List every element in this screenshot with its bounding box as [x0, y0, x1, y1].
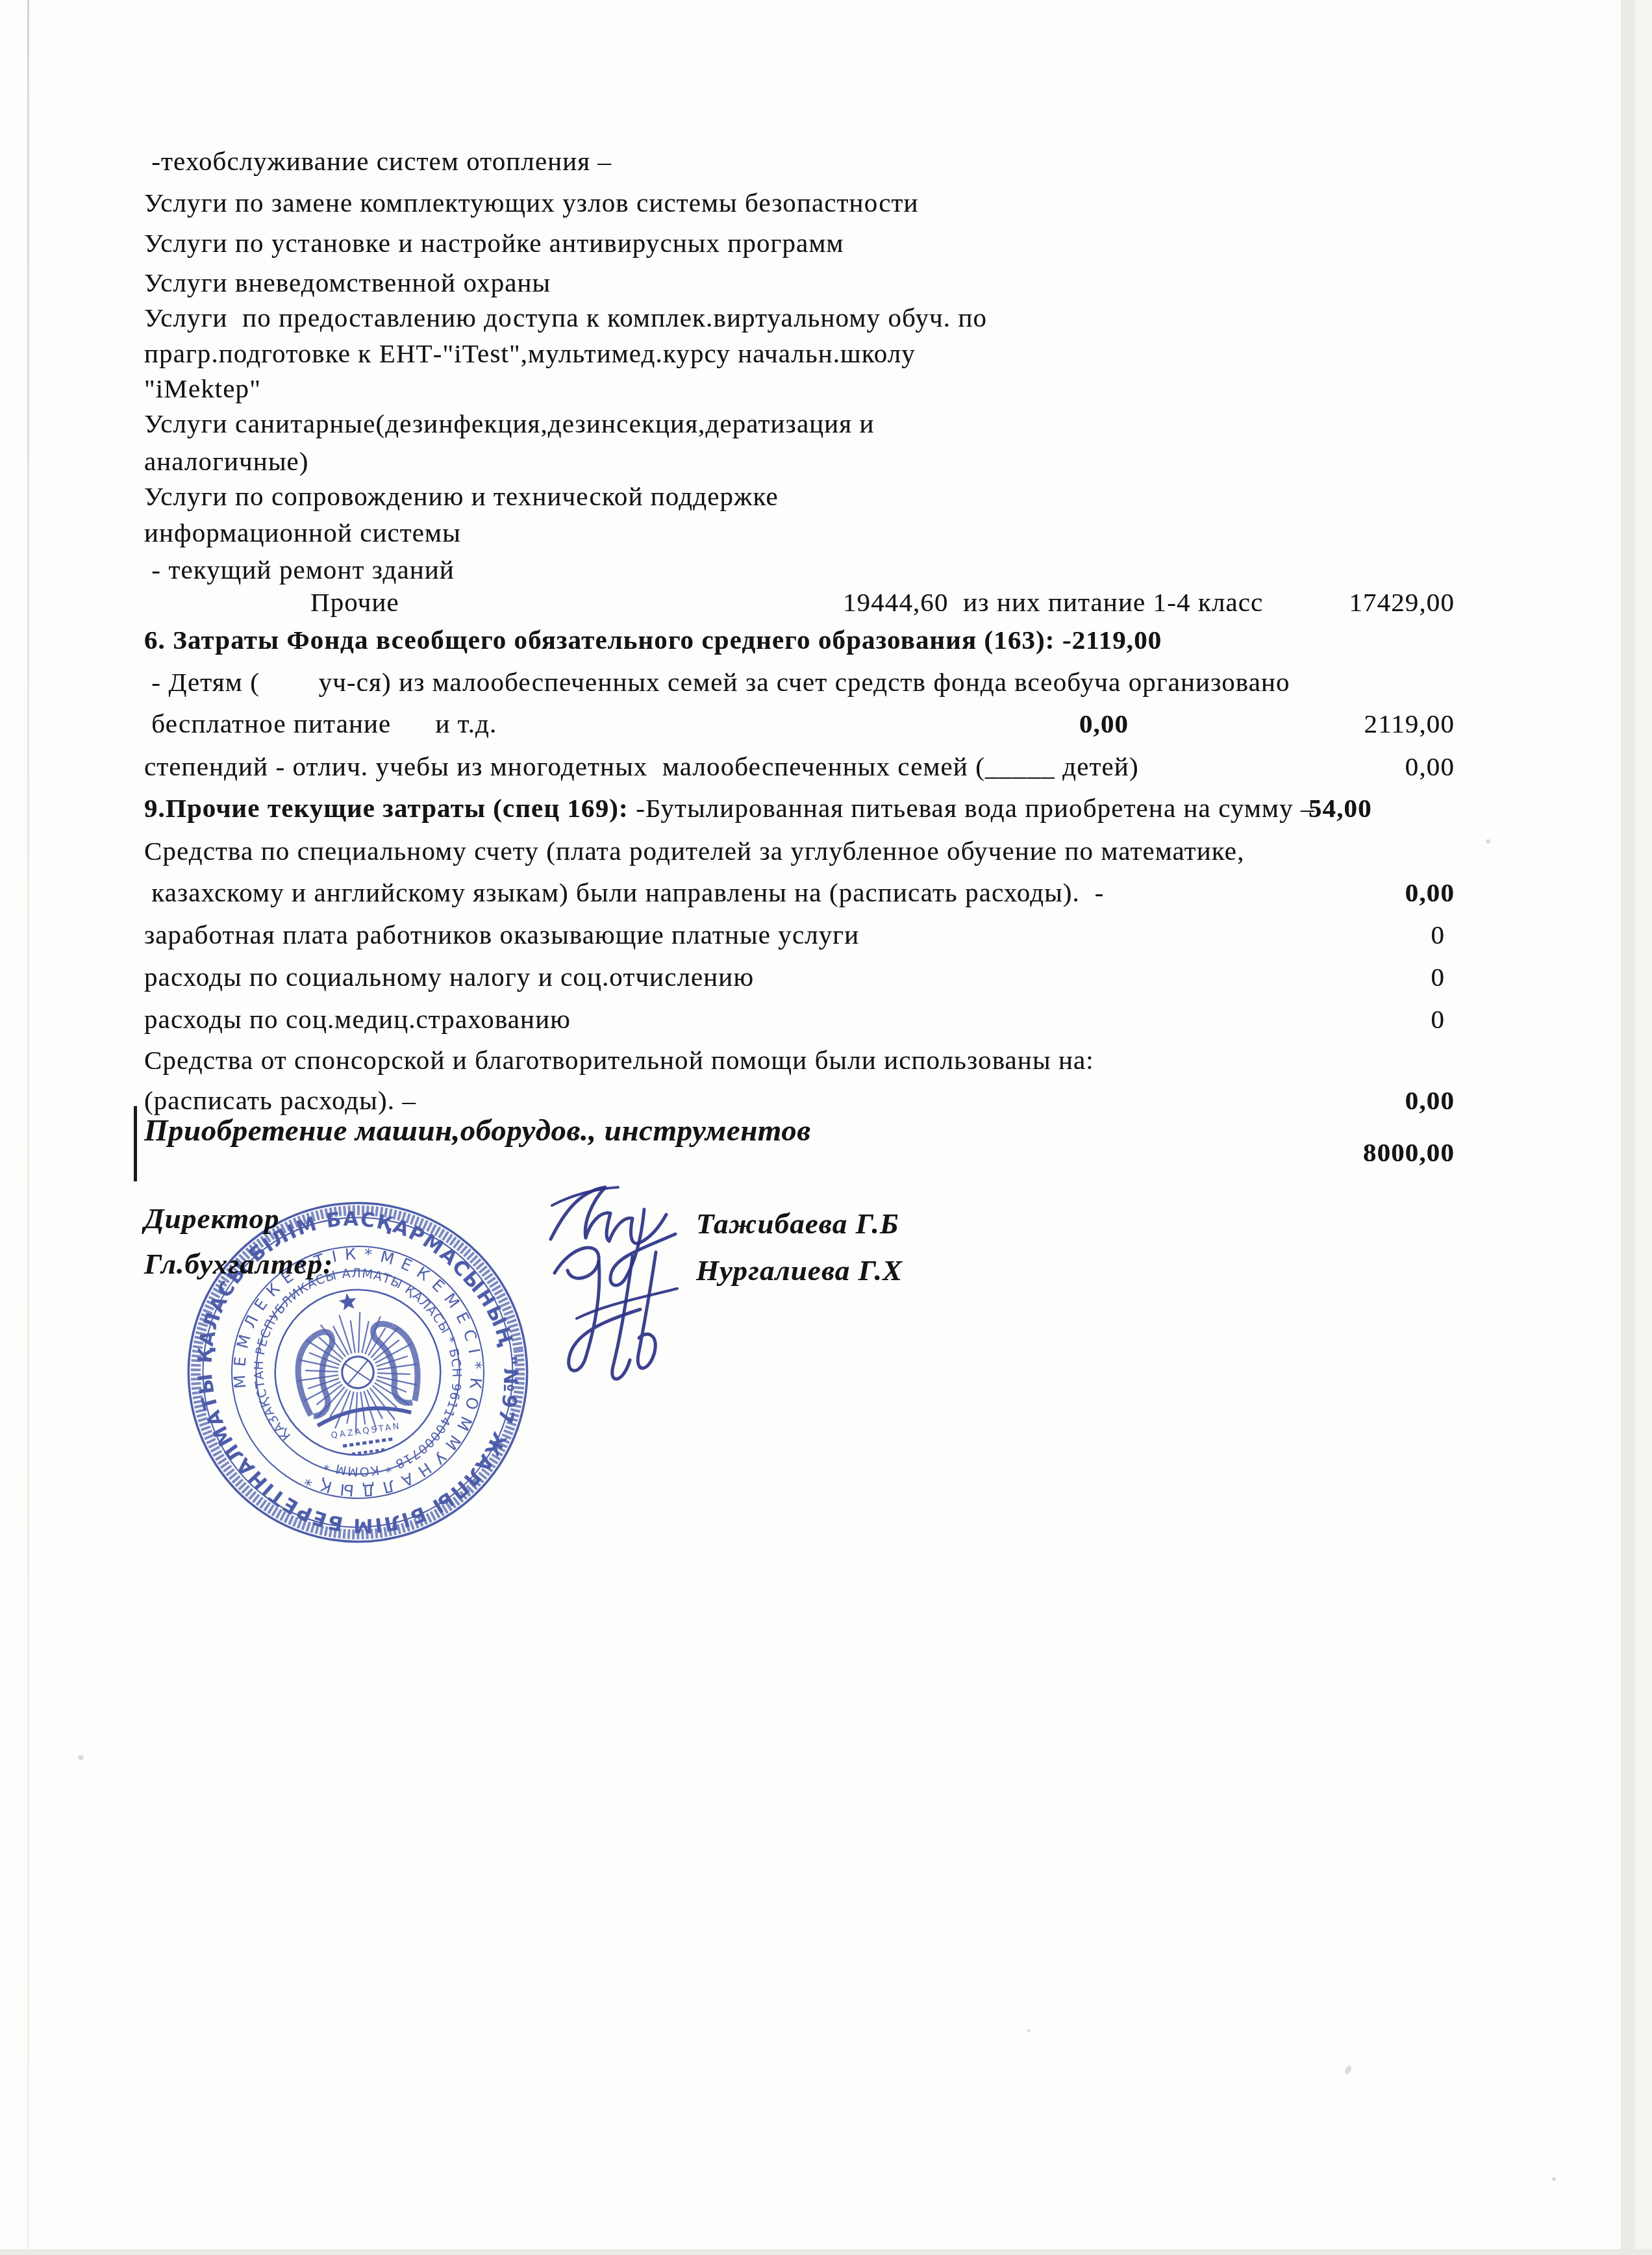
accountant-signature [544, 1233, 720, 1402]
section9-value: 54,00 [1308, 794, 1372, 823]
row-sredstva-value: 0,00 [1247, 878, 1455, 907]
row-medstrah-label: расходы по соц.медиц.страхованию [144, 1005, 571, 1034]
emblem-star [338, 1292, 358, 1311]
emblem-tulpar-right [372, 1320, 422, 1406]
doc-line: "iMektep" [144, 374, 261, 403]
row-sponsor: Средства от спонсорской и благотворитель… [144, 1046, 1094, 1075]
doc-line: Услуги по сопровождению и технической по… [144, 482, 779, 511]
scan-speck [1344, 2065, 1352, 2075]
doc-line: -техобслуживание систем отопления – [144, 147, 612, 176]
scan-speck [1027, 2029, 1031, 2032]
doc-line: - текущий ремонт зданий [144, 555, 455, 585]
row-pitanie-value: 2119,00 [1247, 709, 1455, 738]
scan-edge-line-left [27, 0, 29, 2255]
scan-speck [1486, 839, 1490, 844]
row-priobretenie-value: 8000,00 [1247, 1138, 1455, 1167]
section9-title-rest: -Бутылированная питьевая вода приобретен… [636, 793, 1315, 823]
row-prochie-label: Прочие [310, 588, 399, 617]
doc-line: Услуги по замене комплектующих узлов сис… [144, 188, 919, 218]
doc-line: Услуги вневедомственной охраны [144, 268, 551, 297]
row-stipendiy-value: 0,00 [1247, 752, 1455, 781]
scan-speck [1552, 2177, 1556, 2181]
row-prochie-value: 17429,00 [1247, 588, 1455, 617]
scanned-document-page: -техобслуживание систем отопления – Услу… [0, 0, 1652, 2255]
row-zarplata-value: 0 [1302, 920, 1445, 950]
official-stamp: АЛМАТЫ ҚАЛАСЫ БІЛІМ БАСҚАРМАСЫНЫҢ "№97 Ж… [143, 1157, 573, 1587]
doc-line: Услуги по предоставлению доступа к компл… [144, 303, 987, 333]
row-pitanie-mid-value: 0,00 [1079, 709, 1129, 738]
margin-mark-bar [134, 1106, 137, 1181]
row-priobretenie-label: Приобретение машин,оборудов., инструмент… [144, 1115, 811, 1148]
row-sredstva-2: казахскому и английскому языкам) были на… [144, 878, 1104, 907]
row-stipendiy-label: степендий - отлич. учебы из многодетных … [144, 752, 1139, 781]
row-pitanie-label: бесплатное питание и т.д. [144, 709, 497, 738]
row-socnalog-value: 0 [1302, 963, 1445, 992]
doc-line: Услуги по установке и настройке антивиру… [144, 229, 844, 258]
doc-line: аналогичные) [144, 447, 309, 476]
row-socnalog-label: расходы по социальному налогу и соц.отчи… [144, 963, 754, 992]
doc-line: прагр.подготовке к ЕНТ-"iTest",мультимед… [144, 339, 916, 368]
scan-speck [78, 1755, 84, 1760]
section6-title: 6. Затраты Фонда всеобщего обязательного… [144, 625, 1162, 655]
scan-edge-band-right [1621, 0, 1635, 2255]
row-raspisat-label: (расписать расходы). – [144, 1086, 416, 1115]
section9-title-bold: 9.Прочие текущие затраты (спец 169): [144, 793, 636, 823]
row-sredstva-1: Средства по специальному счету (плата ро… [144, 837, 1244, 866]
row-zarplata-label: заработная плата работников оказывающие … [144, 920, 859, 950]
scan-edge-band-right-outer [1635, 0, 1652, 2255]
emblem-shanyrak-lattice [340, 1355, 376, 1391]
row-raspisat-value: 0,00 [1247, 1086, 1455, 1115]
doc-line: информационной системы [144, 518, 461, 548]
row-medstrah-value: 0 [1302, 1005, 1445, 1034]
emblem-ornament-1 [343, 1439, 392, 1446]
scan-edge-band-bottom [0, 2249, 1652, 2255]
row-prochie-detail: 19444,60 из них питание 1-4 класс [843, 588, 1263, 617]
row-detyam: - Детям ( уч-ся) из малообеспеченных сем… [144, 668, 1290, 697]
section9-title: 9.Прочие текущие затраты (спец 169): -Бу… [144, 794, 1315, 823]
doc-line: Услуги санитарные(дезинфекция,дезинсекци… [144, 409, 875, 438]
